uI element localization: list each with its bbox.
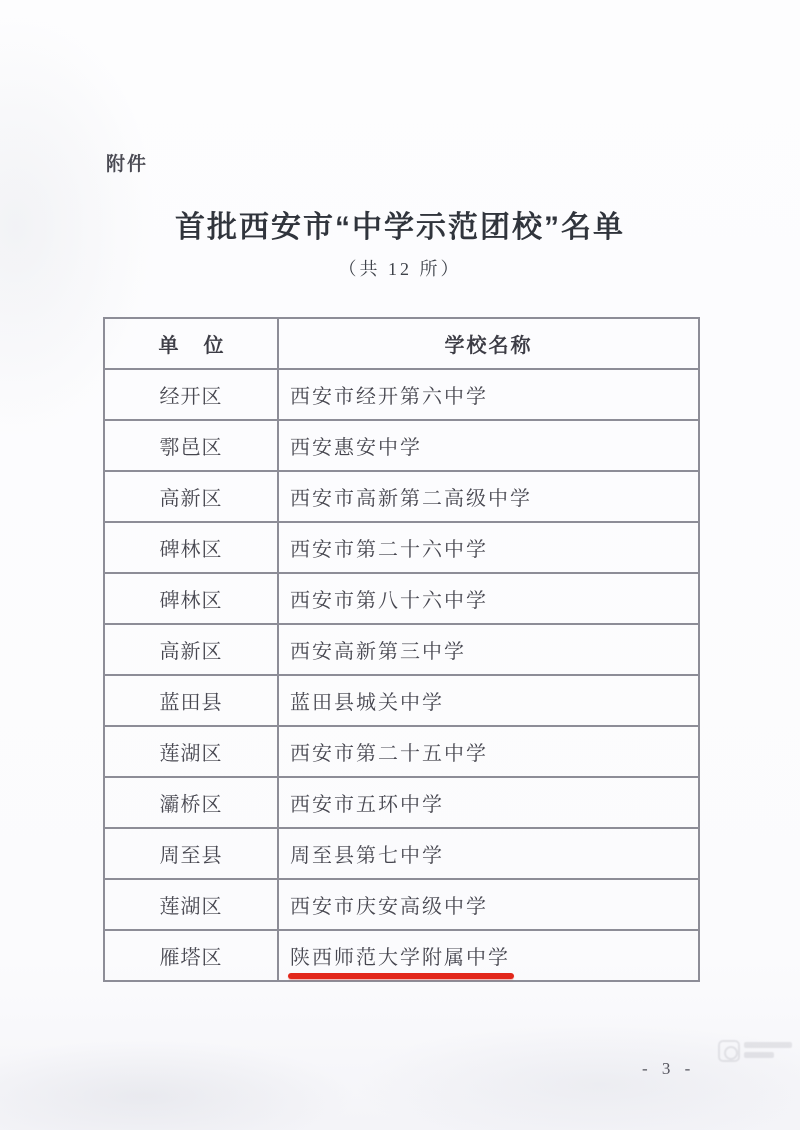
- school-cell: 西安市第八十六中学: [278, 573, 699, 624]
- school-cell: 西安市第二十六中学: [278, 522, 699, 573]
- column-header-unit: 单 位: [104, 318, 278, 369]
- table-row: 莲湖区 西安市庆安高级中学: [104, 879, 699, 930]
- school-cell: 西安市庆安高级中学: [278, 879, 699, 930]
- table-row: 灞桥区 西安市五环中学: [104, 777, 699, 828]
- faint-app-watermark: [718, 1040, 792, 1062]
- school-cell: 蓝田县城关中学: [278, 675, 699, 726]
- unit-cell: 碑林区: [104, 573, 278, 624]
- school-cell: 西安市经开第六中学: [278, 369, 699, 420]
- school-cell: 西安市第二十五中学: [278, 726, 699, 777]
- highlighted-school-name: 陕西师范大学附属中学: [290, 947, 510, 969]
- school-cell: 西安惠安中学: [278, 420, 699, 471]
- school-cell-highlighted: 陕西师范大学附属中学: [278, 930, 699, 981]
- document-subtitle: （共 12 所）: [0, 255, 800, 281]
- column-header-school: 学校名称: [278, 318, 699, 369]
- school-cell: 西安市高新第二高级中学: [278, 471, 699, 522]
- unit-cell: 经开区: [104, 369, 278, 420]
- page-number: - 3 -: [642, 1059, 695, 1079]
- watermark-logo-icon: [718, 1040, 740, 1062]
- table-row: 高新区 西安市高新第二高级中学: [104, 471, 699, 522]
- table-header-row: 单 位 学校名称: [104, 318, 699, 369]
- table-row: 蓝田县 蓝田县城关中学: [104, 675, 699, 726]
- watermark-text-lines: [744, 1040, 792, 1058]
- unit-cell: 周至县: [104, 828, 278, 879]
- table-row-highlighted: 雁塔区 陕西师范大学附属中学: [104, 930, 699, 981]
- unit-cell: 高新区: [104, 471, 278, 522]
- table-row: 碑林区 西安市第二十六中学: [104, 522, 699, 573]
- table-row: 碑林区 西安市第八十六中学: [104, 573, 699, 624]
- table-row: 莲湖区 西安市第二十五中学: [104, 726, 699, 777]
- attachment-label: 附件: [106, 149, 148, 176]
- document-title: 首批西安市“中学示范团校”名单: [0, 202, 800, 246]
- unit-cell: 蓝田县: [104, 675, 278, 726]
- table-row: 高新区 西安高新第三中学: [104, 624, 699, 675]
- school-cell: 西安市五环中学: [278, 777, 699, 828]
- table-row: 经开区 西安市经开第六中学: [104, 369, 699, 420]
- school-cell: 周至县第七中学: [278, 828, 699, 879]
- unit-cell: 鄠邑区: [104, 420, 278, 471]
- red-underline: [288, 973, 514, 979]
- table-row: 鄠邑区 西安惠安中学: [104, 420, 699, 471]
- unit-cell: 莲湖区: [104, 726, 278, 777]
- table-row: 周至县 周至县第七中学: [104, 828, 699, 879]
- unit-cell: 雁塔区: [104, 930, 278, 981]
- school-list-table: 单 位 学校名称 经开区 西安市经开第六中学 鄠邑区 西安惠安中学 高新区 西安…: [103, 317, 700, 982]
- unit-cell: 莲湖区: [104, 879, 278, 930]
- unit-cell: 灞桥区: [104, 777, 278, 828]
- school-cell: 西安高新第三中学: [278, 624, 699, 675]
- unit-cell: 碑林区: [104, 522, 278, 573]
- unit-cell: 高新区: [104, 624, 278, 675]
